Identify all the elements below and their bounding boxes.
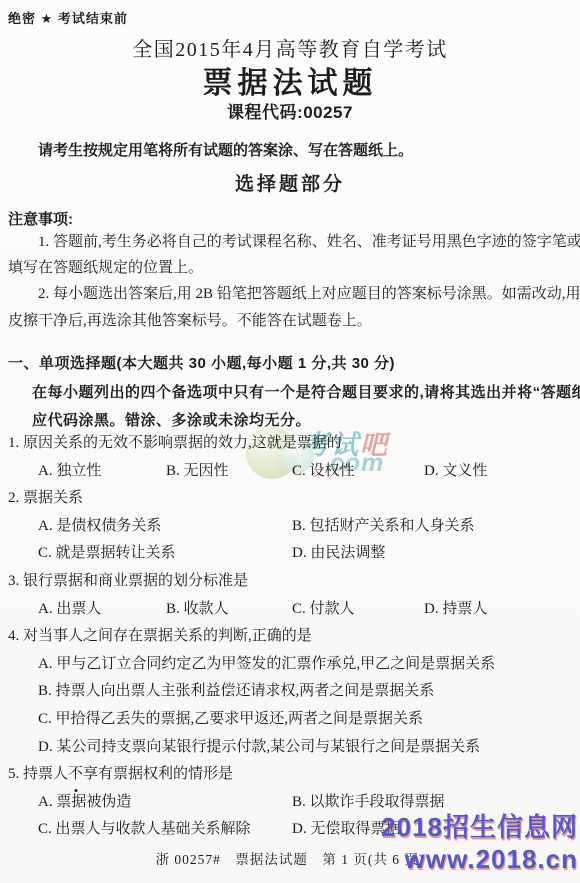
- question-4-option-a: A. 甲与乙订立合同约定乙为甲签发的汇票作承兑,甲乙之间是票据关系: [8, 651, 578, 679]
- option: C. 出票人与收款人基础关系解除: [38, 816, 292, 844]
- question-4-option-d: D. 某公司持支票向某银行提示付款,某公司与某银行之间是票据关系: [8, 734, 578, 762]
- question-4-option-b: B. 持票人向出票人主张利益偿还请求权,两者之间是票据关系: [8, 678, 578, 706]
- section-1-intro: 在每小题列出的四个备选项中只有一个是符合题目要求的,请将其选出并将“答题纸”的相…: [32, 379, 576, 435]
- corner-watermark-line-2: www.2018.cn: [381, 843, 578, 875]
- question-1-options: A. 独立性 B. 无因性 C. 设权性 D. 文义性: [38, 458, 578, 486]
- corner-watermark: 2018招生信息网 www.2018.cn: [381, 811, 578, 875]
- option: A. 独立性: [38, 458, 166, 486]
- paper-title: 票据法试题: [0, 58, 580, 102]
- option: A. 票据被伪造: [38, 789, 292, 817]
- option: D. 文义性: [424, 458, 578, 486]
- section-part-heading: 选择题部分: [0, 169, 580, 196]
- question-list: 1. 原因关系的无效不影响票据的效力,这就是票据的 A. 独立性 B. 无因性 …: [8, 430, 578, 844]
- notice-1-line-1: 1. 答题前,考生务必将自己的考试课程名称、姓名、准考证号用黑色字迹的签字笔或钢…: [8, 229, 576, 255]
- exam-paper-page: 绝密 ★ 考试结束前 全国2015年4月高等教育自学考试 票据法试题 课程代码:…: [0, 0, 580, 883]
- question-3-options: A. 出票人 B. 收款人 C. 付款人 D. 持票人: [38, 596, 578, 624]
- question-5-emphasized-char: 不: [68, 761, 83, 789]
- classification-label: 绝密 ★ 考试结束前: [8, 8, 128, 27]
- option: D. 由民法调整: [292, 540, 578, 568]
- option: A. 是债权债务关系: [38, 513, 292, 541]
- question-5-stem-part: 5. 持票人: [8, 766, 68, 782]
- question-4-stem: 4. 对当事人之间存在票据关系的判断,正确的是: [8, 623, 578, 651]
- notice-2-line-2: 皮擦干净后,再选涂其他答案标号。不能答在试题卷上。: [8, 308, 576, 334]
- option: B. 无因性: [166, 458, 292, 486]
- notices-list: 1. 答题前,考生务必将自己的考试课程名称、姓名、准考证号用黑色字迹的签字笔或钢…: [8, 229, 576, 334]
- corner-watermark-line-1: 2018招生信息网: [381, 811, 578, 843]
- option: A. 出票人: [38, 596, 166, 624]
- notices-heading: 注意事项:: [8, 208, 73, 229]
- option: C. 就是票据转让关系: [38, 540, 292, 568]
- question-2-stem: 2. 票据关系: [8, 485, 578, 513]
- answer-sheet-instruction: 请考生按规定用笔将所有试题的答案涂、写在答题纸上。: [8, 139, 572, 160]
- question-5-stem: 5. 持票人不享有票据权利的情形是: [8, 761, 578, 789]
- question-3-stem: 3. 银行票据和商业票据的划分标准是: [8, 568, 578, 596]
- question-2-options-row-1: A. 是债权债务关系 B. 包括财产关系和人身关系: [38, 513, 578, 541]
- question-4-option-c: C. 甲拾得乙丢失的票据,乙要求甲返还,两者之间是票据关系: [8, 706, 578, 734]
- question-1-stem: 1. 原因关系的无效不影响票据的效力,这就是票据的: [8, 430, 578, 458]
- option: C. 付款人: [292, 596, 424, 624]
- option: D. 持票人: [424, 596, 578, 624]
- option: C. 设权性: [292, 458, 424, 486]
- option: B. 收款人: [166, 596, 292, 624]
- section-1-heading: 一、单项选择题(本大题共 30 小题,每小题 1 分,共 30 分): [8, 352, 395, 373]
- notice-2-line-1: 2. 每小题选出答案后,用 2B 铅笔把答题纸上对应题目的答案标号涂黑。如需改动…: [8, 281, 576, 307]
- question-5-stem-part: 享有票据权利的情形是: [83, 766, 233, 782]
- question-2-options-row-2: C. 就是票据转让关系 D. 由民法调整: [38, 540, 578, 568]
- notice-1-line-2: 填写在答题纸规定的位置上。: [8, 255, 576, 281]
- section-1-intro-line-1: 在每小题列出的四个备选项中只有一个是符合题目要求的,请将其选出并将“答题纸”的相: [32, 379, 576, 407]
- option: B. 包括财产关系和人身关系: [292, 513, 578, 541]
- course-code: 课程代码:00257: [0, 98, 580, 123]
